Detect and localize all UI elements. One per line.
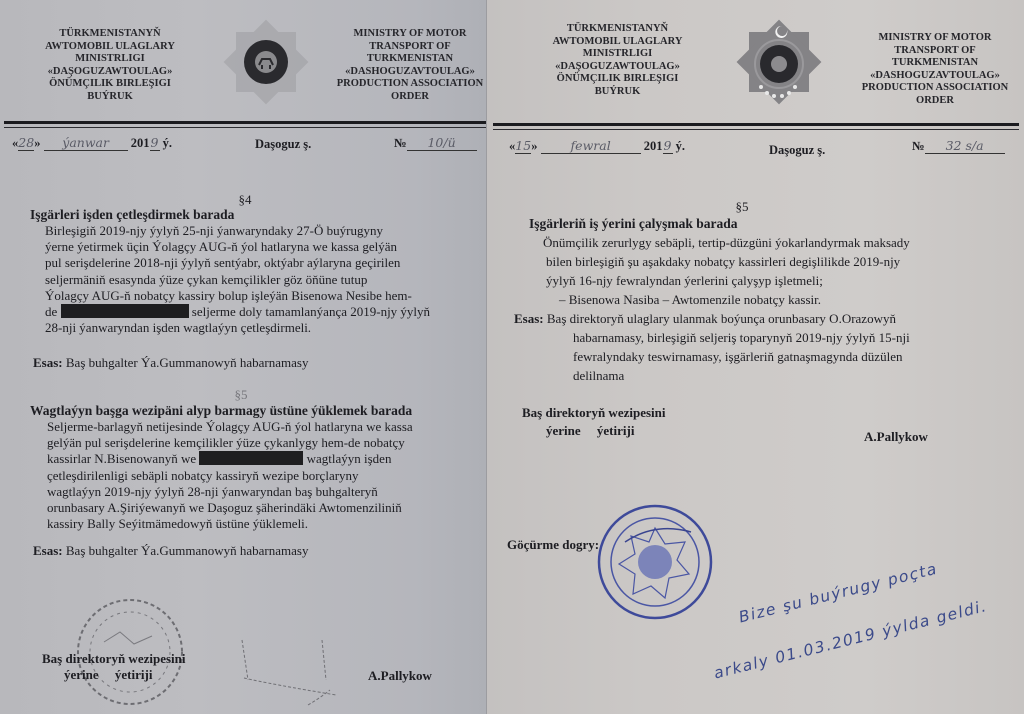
- header-line: «DASHOGUZAVTOULAG»: [330, 66, 487, 79]
- section-5-title: Işgärleriň iş ýerini çalyşmak barada: [529, 216, 738, 232]
- header-line: AWTOMOBIL ULAGLARY: [530, 36, 705, 49]
- redacted-line: kassirlar N.Bisenowanyň we wagtlaýyn işd…: [47, 451, 413, 467]
- header-line: MINISTRLIGI: [530, 48, 705, 61]
- order-day: 15: [515, 138, 531, 154]
- order-page-right: TÜRKMENISTANYŇ AWTOMOBIL ULAGLARY MINIST…: [487, 0, 1024, 714]
- header-rule-thick: [493, 123, 1019, 126]
- section-4-basis: Esas: Baş buhgalter Ýa.Gummanowyň habarn…: [33, 355, 308, 371]
- header-line: TRANSPORT OF: [845, 45, 1024, 58]
- redaction-bar: [61, 304, 189, 318]
- section-5-basis: Esas: Baş buhgalter Ýa.Gummanowyň habarn…: [33, 543, 308, 559]
- header-line: MINISTRY OF MOTOR: [330, 28, 487, 41]
- signature-title-line-1: Baş direktoryň wezipesini: [42, 651, 186, 667]
- list-item: – Bisenowa Nasiba – Awtomenzile nobatçy …: [543, 290, 910, 309]
- header-line: ÖNÜMÇILIK BIRLEŞIGI: [20, 78, 200, 91]
- header-line: «DASHOGUZAVTOULAG»: [845, 70, 1024, 83]
- header-line: ORDER: [845, 95, 1024, 108]
- header-rule-thin: [493, 129, 1019, 130]
- order-month: ýanwar: [44, 135, 128, 151]
- order-dateline: «15» fewral 2019 ý.: [509, 138, 685, 154]
- header-line: TÜRKMENISTANYŇ: [530, 23, 705, 36]
- order-number-field: №32 s/a: [912, 138, 1005, 154]
- header-line: TURKMENISTAN: [845, 57, 1024, 70]
- header-left-turkmen: TÜRKMENISTANYŇ AWTOMOBIL ULAGLARY MINIST…: [530, 23, 705, 98]
- header-left-turkmen: TÜRKMENISTANYŇ AWTOMOBIL ULAGLARY MINIST…: [20, 28, 200, 103]
- order-dateline: «28» ýanwar 2019 ý.: [12, 135, 172, 151]
- header-line: TURKMENISTAN: [330, 53, 487, 66]
- header-line: «DAŞOGUZAWTOULAG»: [530, 61, 705, 74]
- section-5-title: Wagtlaýyn başga wezipäni alyp barmagy üs…: [30, 403, 412, 419]
- copy-certification-label: Göçürme dogry:: [507, 537, 599, 553]
- signature-title-line-2: ýerine ýetiriji: [546, 423, 634, 439]
- turkmenistan-emblem-icon: [218, 14, 314, 110]
- signatory-name: A.Pallykow: [864, 429, 928, 445]
- header-line: MINISTRLIGI: [20, 53, 200, 66]
- section-4-body: Birleşigiň 2019-njy ýylyň 25-nji ýanwary…: [45, 223, 430, 336]
- order-day: 28: [18, 135, 34, 151]
- redacted-line: de seljerme doly tamamlanýança 2019-njy …: [45, 304, 430, 320]
- order-number: 32 s/a: [925, 138, 1005, 154]
- order-number: 10/ü: [407, 135, 477, 151]
- header-right-english: MINISTRY OF MOTOR TRANSPORT OF TURKMENIS…: [845, 32, 1024, 107]
- order-year-digit: 9: [663, 138, 673, 154]
- order-number-field: №10/ü: [394, 135, 477, 151]
- header-line: PRODUCTION ASSOCIATION: [330, 78, 487, 91]
- order-city: Daşoguz ş.: [255, 137, 311, 152]
- header-line: TÜRKMENISTANYŇ: [20, 28, 200, 41]
- signatory-name: A.Pallykow: [368, 668, 432, 684]
- section-4-title: Işgärleri işden çetleşdirmek barada: [30, 207, 234, 223]
- order-city: Daşoguz ş.: [769, 143, 825, 158]
- signature-title-line-2: ýerine ýetiriji: [64, 667, 152, 683]
- header-line: MINISTRY OF MOTOR: [845, 32, 1024, 45]
- section-5-body: Önümçilik zerurlygy sebäpli, tertip-düzg…: [543, 233, 910, 309]
- header-line: «DAŞOGUZAWTOULAG»: [20, 66, 200, 79]
- header-line: ORDER: [330, 91, 487, 104]
- section-4-number: §4: [230, 192, 260, 208]
- signature-title-line-1: Baş direktoryň wezipesini: [522, 405, 666, 421]
- section-5-number: §5: [727, 199, 757, 215]
- header-line: BUÝRUK: [530, 86, 705, 99]
- header-line: TRANSPORT OF: [330, 41, 487, 54]
- header-line: ÖNÜMÇILIK BIRLEŞIGI: [530, 73, 705, 86]
- header-line: PRODUCTION ASSOCIATION: [845, 82, 1024, 95]
- section-5-basis: Esas: Baş direktoryň ulaglary ulanmak bo…: [514, 309, 910, 385]
- header-rule-thin: [4, 127, 487, 128]
- header-line: BUÝRUK: [20, 91, 200, 104]
- blue-round-seal-stamp-icon: [595, 502, 715, 622]
- header-right-english: MINISTRY OF MOTOR TRANSPORT OF TURKMENIS…: [330, 28, 487, 103]
- redaction-bar: [199, 451, 303, 465]
- header-line: AWTOMOBIL ULAGLARY: [20, 41, 200, 54]
- order-month: fewral: [541, 138, 641, 154]
- section-5-number: §5: [226, 387, 256, 403]
- order-year-digit: 9: [150, 135, 160, 151]
- section-5-body: Seljerme-barlagyň netijesinde Ýolagçy AU…: [47, 419, 413, 532]
- order-page-left: TÜRKMENISTANYŇ AWTOMOBIL ULAGLARY MINIST…: [0, 0, 487, 714]
- turkmenistan-emblem-icon: [727, 10, 831, 116]
- header-rule-thick: [4, 121, 487, 124]
- handwritten-signature-icon: [230, 620, 340, 710]
